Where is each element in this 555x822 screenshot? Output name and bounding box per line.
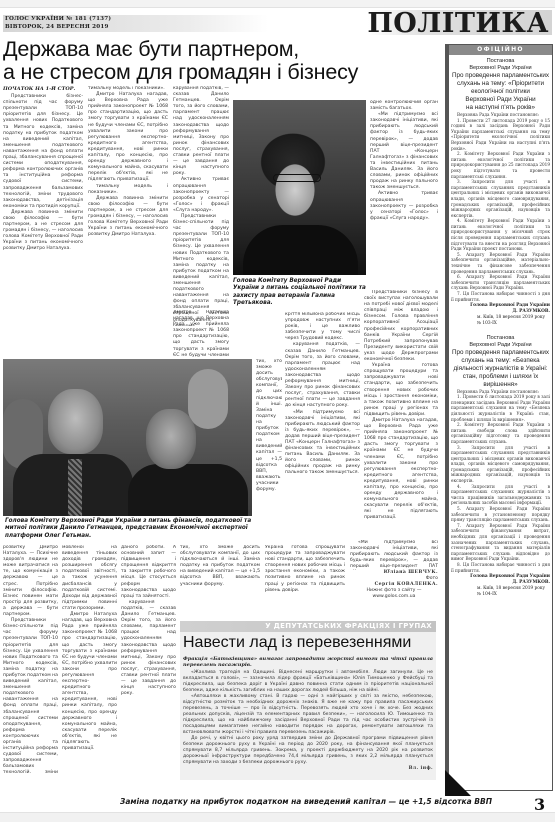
resolution-item: 5. Апарату Верховної Ради України забезп… [451, 506, 550, 523]
paragraph: «Жахлива трагедія на Одещині. Віднесені … [183, 670, 433, 694]
paragraph: розвитку Дмитро Наталуха. — Психічне здо… [3, 545, 58, 618]
resolution-body: Верховна Рада України постановляє: 1. Пр… [449, 112, 552, 302]
article-column-b1: розвитку Дмитро Наталуха. — Психічне здо… [3, 545, 58, 773]
footer-quote: Заміна податку на прибуток податком на в… [120, 797, 492, 806]
article-column-2: тимальну модель і показники». Дмитро Нат… [88, 86, 168, 358]
resolution-item: 3. Запросити для участі в парламентських… [451, 179, 550, 218]
article-column-1: ПОЧАТОК НА 1-Й СТОР. Представники бізнес… [3, 86, 83, 358]
paragraph: «Ми підтримуємо всі законодавчі ініціати… [285, 410, 360, 477]
resolution-signer: Голова Верховної Ради України Д. РАЗУМКО… [449, 302, 552, 315]
paragraph: тих, хто зможе досить обслуговувати комп… [180, 545, 260, 588]
photo-detail [188, 369, 228, 429]
paragraph: мовленої на виведення тіньових доходів г… [62, 545, 117, 612]
paragraph: Україна готова спрощувати процедури та з… [265, 545, 345, 594]
resolution-title: на наступні п'ять років» [449, 104, 552, 112]
fraction-source: Вл. інф. [183, 766, 433, 772]
resolution-title: Про проведення парламентських слухань на… [449, 72, 552, 96]
kicker: ПОЧАТОК НА 1-Й СТОР. [3, 86, 83, 92]
resolution-type: Постанова [449, 335, 552, 342]
official-header: ОФІЦІЙНО [449, 45, 552, 55]
resolution-number: № 104-IX [449, 592, 552, 598]
photo-source: Нижнє фото з сайту — www.golos.com.ua [350, 588, 438, 600]
paragraph: Держава повинна змінити свою філософію —… [88, 196, 168, 239]
resolution-issuer: Верховної Ради України [449, 65, 552, 72]
paragraph: карування податків, — сказав Данило Гетм… [285, 342, 360, 409]
corner-triangle-decoration [445, 770, 471, 796]
photo-tretyakova [233, 100, 366, 275]
resolution-title: Верховної Ради України [449, 96, 552, 104]
paragraph: Представники бізнес-спільноти під час фо… [3, 618, 58, 773]
resolution-item: 1. Провести 27 листопада 2019 року о 15 … [451, 118, 550, 152]
paragraph: «Ми підтримуємо всі законодавчі ініціати… [350, 540, 438, 570]
fraction-lead: Фракція «Батьківщина» вимагає запровадит… [183, 656, 433, 668]
article-column-3: карування податків, — сказав Данило Гетм… [173, 86, 229, 326]
fraction-rubric-bar: У ДЕПУТАТСЬКИХ ФРАКЦІЯХ І ГРУПАХ [180, 621, 436, 632]
resolution-title: Про проведення парламентських слухань на… [449, 349, 552, 373]
photo-caption-top: Голова Комітету Верховної Ради України з… [233, 278, 368, 308]
resolution-item: 2. Комітету Верховної Ради України з пит… [451, 422, 550, 444]
photo-detail [273, 174, 321, 182]
headline-line-1: Держава має бути партнером, [3, 38, 433, 61]
photo-detail [128, 464, 248, 516]
paragraph: Держава повинна змінити свою філософію —… [3, 210, 83, 253]
bottom-margin [0, 812, 555, 822]
article-column-b4: тих, хто зможе досить обслуговувати комп… [180, 545, 260, 617]
paragraph: даного роботи. А основний запит — підвищ… [121, 545, 176, 600]
paragraph: Дмитро Наталуха нагадав, що Верховна Рад… [364, 418, 438, 522]
resolution-item: 8. Ця Постанова набирає чинності з дня ї… [451, 562, 550, 573]
photo-detail [48, 389, 103, 454]
paragraph: Дмитро Наталуха нагадав, що Верховна Рад… [88, 92, 168, 183]
article-column-b5: Україна готова спрощувати процедури та з… [265, 545, 345, 617]
signer-name: Д. РАЗУМКОВ. [451, 580, 550, 586]
fraction-headline: Навести лад із перевезеннями [183, 634, 411, 652]
resolution-body: Верховна Рада України постановляє: 1. Пр… [449, 389, 552, 574]
fraction-text: Фракція «Батьківщина» вимагає запровадит… [183, 656, 433, 774]
resolution-item: 6. Апарату Верховної Ради України забезп… [451, 274, 550, 291]
resolution-item: 4. Комітету Верховної Ради України з пит… [451, 218, 550, 252]
paragraph: Дмитро Наталуха нагадав, що Верховна Рад… [62, 612, 117, 752]
headline-line-2: а не стресом для громадян і бізнесу [3, 61, 433, 84]
paragraph: одне контролюючий орган замість багатьох… [370, 100, 438, 112]
rubric-label: ПОЛІТИКА [367, 8, 549, 39]
article-column-6: Представники бізнесу в своїх виступах на… [364, 290, 438, 540]
resolution-issuer: Верховної Ради України [449, 342, 552, 349]
official-documents-box: ОФІЦІЙНО Постанова Верховної Ради Україн… [445, 44, 553, 791]
resolution-item: 7. Ця Постанова набирає чинності з дня ї… [451, 291, 550, 302]
newspaper-page: ГОЛОС УКРАЇНИ № 181 (7137) ВІВТОРОК, 24 … [0, 0, 555, 822]
article-column-b2: мовленої на виведення тіньових доходів г… [62, 545, 117, 773]
paragraph: карування податків, — сказав Данило Гетм… [173, 86, 229, 177]
resolution-type: Постанова [449, 58, 552, 65]
paragraph: Представники бізнесу в своїх виступах на… [364, 290, 438, 363]
resolution-item: 7. Апарату Верховної Ради України забезп… [451, 523, 550, 562]
paragraph: Представники бізнес-спільноти під час фо… [3, 94, 83, 210]
paragraph: Активно триває опрацювання законопроекту… [173, 177, 229, 214]
resolution-item: 5. Апарату Верховної Ради України забезп… [451, 252, 550, 274]
paragraph: кріття мільйона робочих місць упродовж н… [285, 312, 360, 342]
resolution-item: 1. Провести 6 листопада 2019 року в залі… [451, 394, 550, 422]
paragraph: тимальну модель і показники». [88, 184, 168, 196]
paragraph: До речі, у квітні цього року уряд затвер… [183, 736, 433, 766]
photo-caption-bottom: Голова Комітету Верховної Ради України з… [5, 518, 255, 540]
paragraph: Україна готова спрощувати процедури та з… [364, 363, 438, 418]
photo-detail [146, 409, 196, 469]
photo-detail [243, 225, 358, 275]
signer-name: Д. РАЗУМКОВ. [451, 309, 550, 315]
resolution-signer: Голова Верховної Ради України Д. РАЗУМКО… [449, 573, 552, 586]
paragraph: «Ми підтримуємо всі законодавчі ініціати… [370, 112, 438, 191]
top-margin [0, 0, 555, 8]
masthead: ГОЛОС УКРАЇНИ № 181 (7137) ВІВТОРОК, 24 … [3, 15, 268, 32]
article-signature-block: «Ми підтримуємо всі законодавчі ініціати… [350, 540, 438, 620]
article-headline: Держава має бути партнером, а не стресом… [3, 38, 433, 84]
paragraph: «Автошляхи в жахливому стані. В гадаю — … [183, 694, 433, 736]
article-column-strip: тих, хто зможе досить обслуговувати комп… [256, 359, 282, 514]
article-column-5: кріття мільйона робочих місць упродовж н… [285, 312, 360, 512]
paragraph: Активно триває опрацювання законопроекту… [370, 191, 438, 221]
article-column-3b: Дмитро Наталуха нагадав, що Верховна Рад… [173, 310, 229, 358]
resolution-item: 2. Комітету Верховної Ради України з пит… [451, 151, 550, 179]
resolution-preamble: Верховна Рада України постановляє: [451, 112, 550, 118]
fraction-rubric-label: У ДЕПУТАТСЬКИХ ФРАКЦІЯХ І ГРУПАХ [265, 622, 432, 630]
photo-hetmantsev-hetman [3, 359, 252, 516]
paragraph: карування податків, — сказав Данило Гетм… [121, 600, 176, 698]
article-column-b3: даного роботи. А основний запит — підвищ… [121, 545, 176, 773]
issue-number: ГОЛОС УКРАЇНИ № 181 (7137) [5, 16, 266, 24]
article-column-4: одне контролюючий орган замість багатьох… [370, 100, 438, 285]
issue-date: ВІВТОРОК, 24 ВЕРЕСНЯ 2019 [5, 24, 266, 32]
resolution-item: 4. Запросити для участі в парламентських… [451, 484, 550, 506]
resolution-title: стан, проблеми і шляхи їх вирішення» [449, 373, 552, 389]
section-rubric: ПОЛІТИКА [368, 10, 552, 35]
paragraph: тих, хто зможе досить обслуговувати комп… [256, 359, 282, 493]
resolution-item: 3. Запросити для участі в парламентських… [451, 445, 550, 484]
photo-detail [68, 459, 82, 516]
paragraph: Дмитро Наталуха нагадав, що Верховна Рад… [173, 310, 229, 358]
